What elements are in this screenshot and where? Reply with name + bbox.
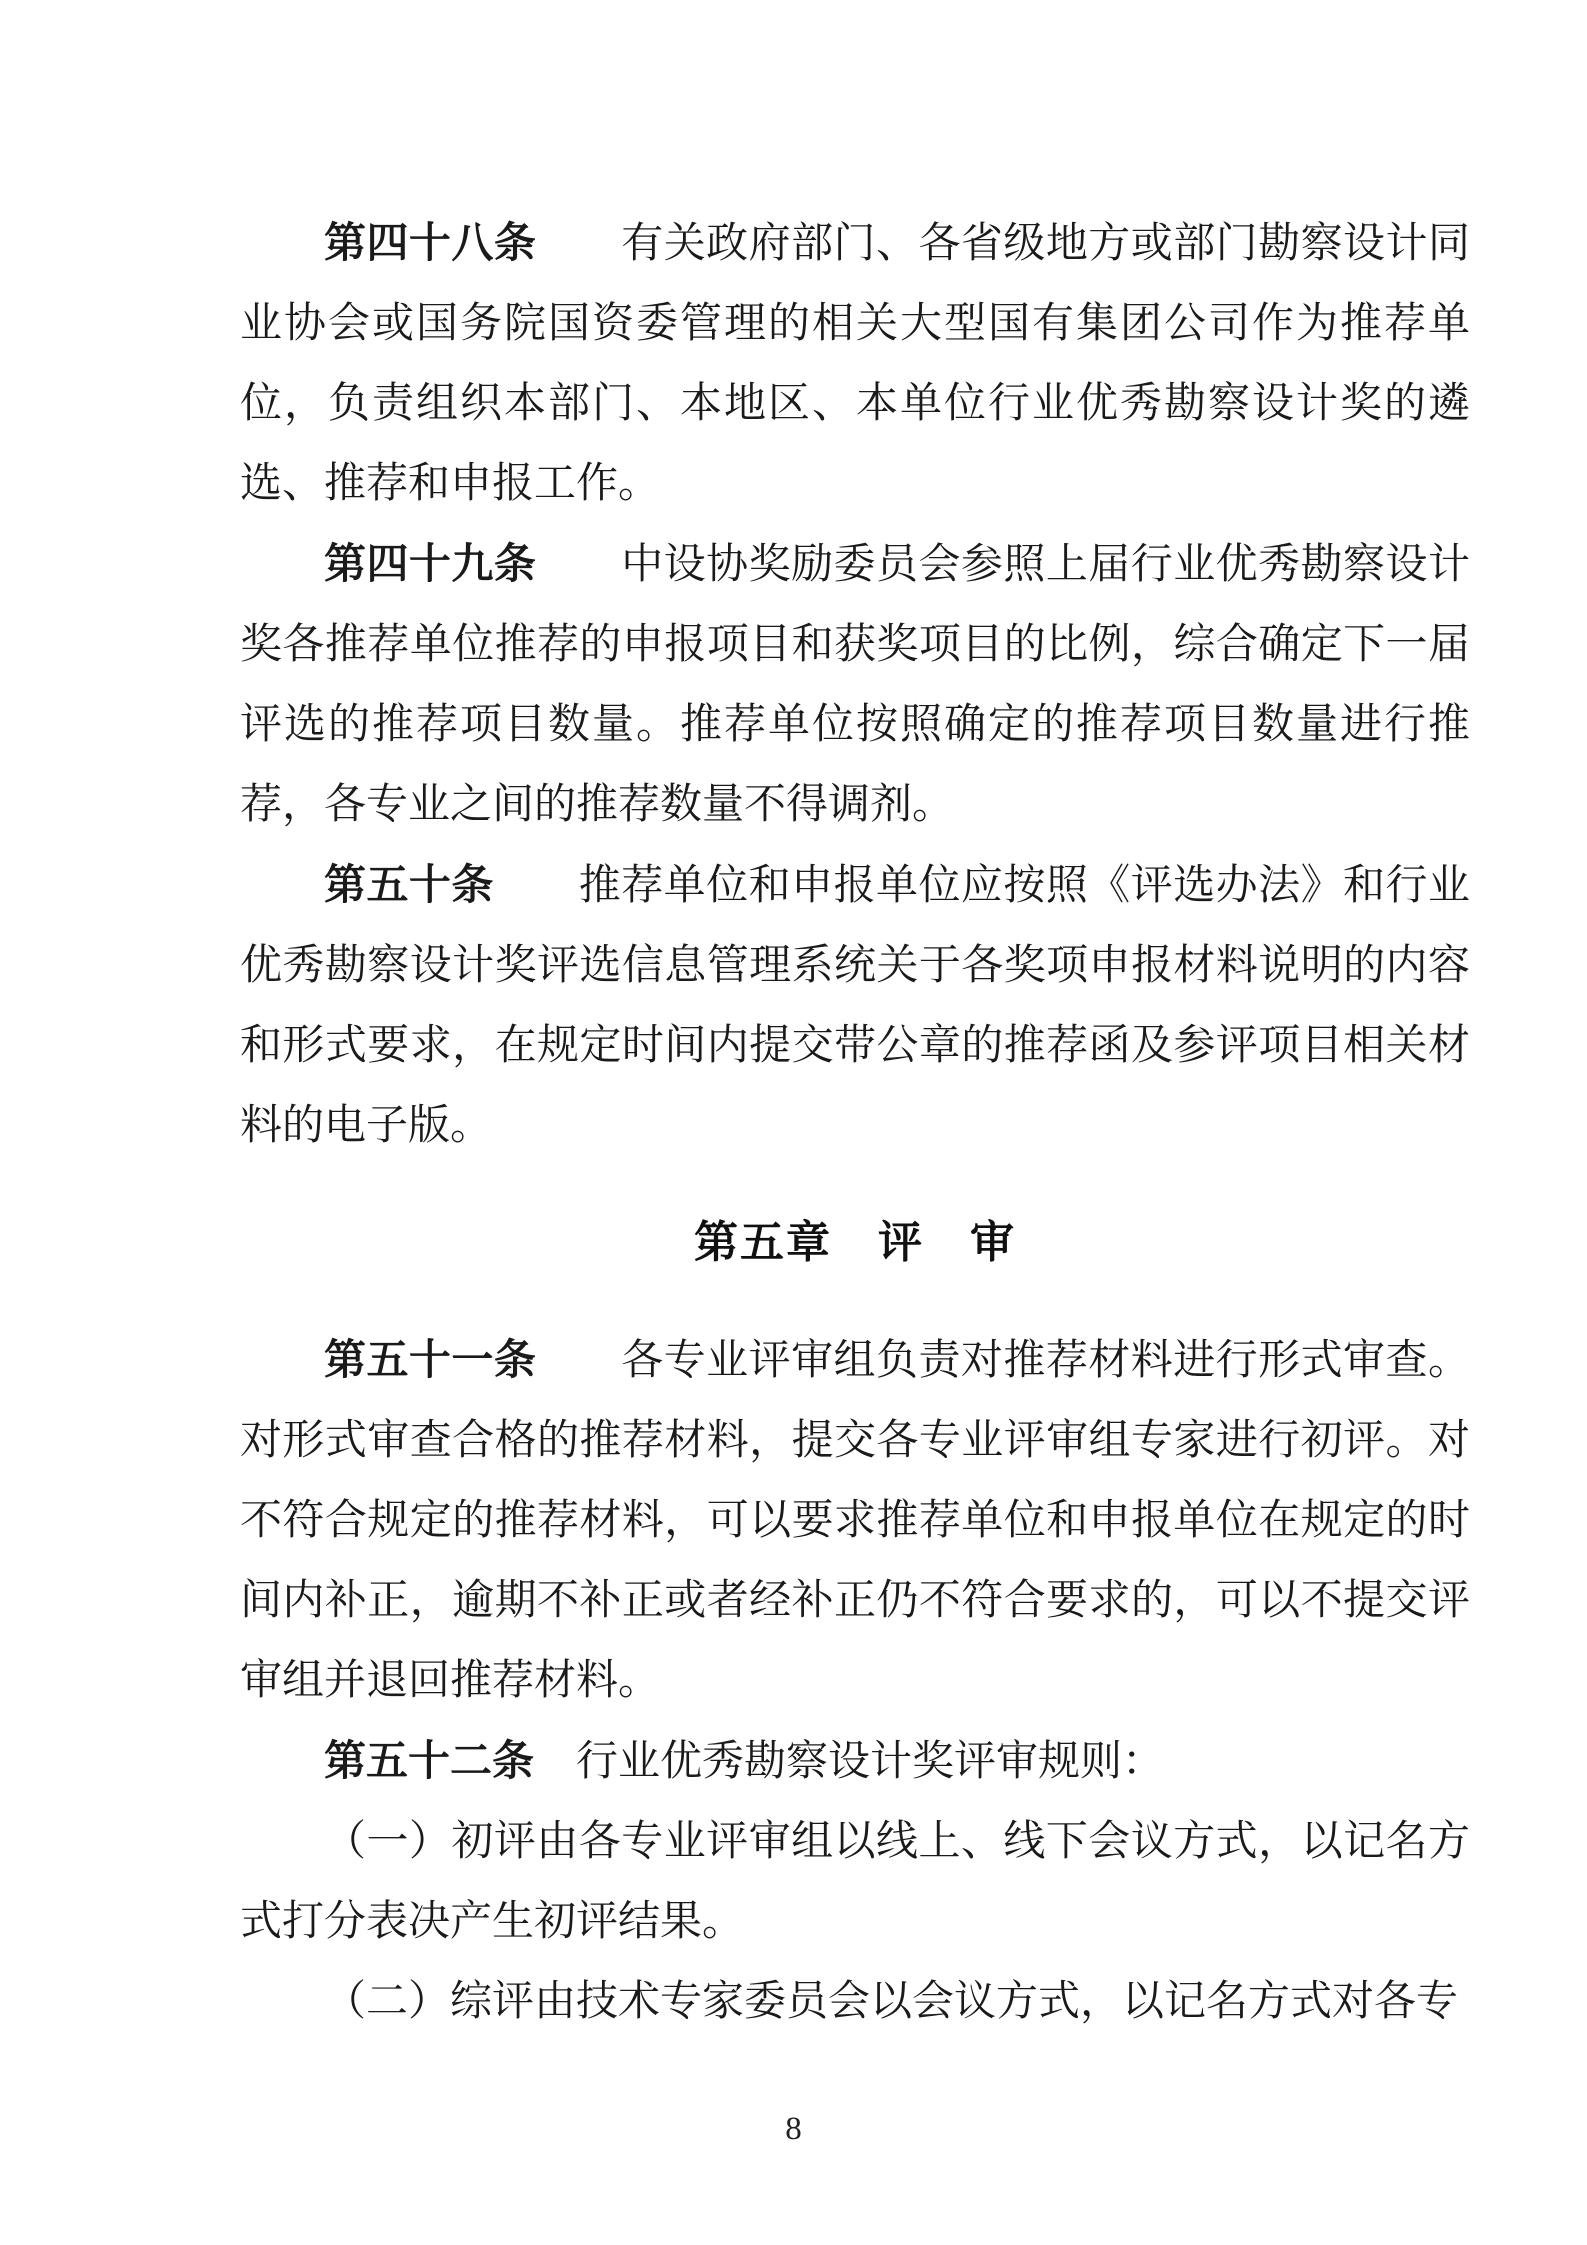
chapter-heading: 第五章 评 审 [240,1203,1470,1283]
document-page: 第四十八条 有关政府部门、各省级地方或部门勘察设计同业协会或国务院国资委管理的相… [0,0,1587,2245]
article-gap [536,221,621,267]
article-gap [536,1338,621,1384]
article-gap [494,863,579,909]
article-number: 第四十八条 [324,219,536,266]
article-paragraph: 第五十一条 各专业评审组负责对推荐材料进行形式审查。对形式审查合格的推荐材料，提… [240,1320,1470,1721]
document-body: 第四十八条 有关政府部门、各省级地方或部门勘察设计同业协会或国务院国资委管理的相… [240,203,1470,2042]
article-number: 第五十一条 [324,1336,536,1383]
article-text: 行业优秀勘察设计奖评审规则： [576,1739,1164,1785]
article-text: （二）综评由技术专家委员会以会议方式，以记名方式对各专 [324,1979,1458,2025]
article-paragraph: 第四十九条 中设协奖励委员会参照上届行业优秀勘察设计奖各推荐单位推荐的申报项目和… [240,524,1470,845]
article-paragraph: 第五十二条 行业优秀勘察设计奖评审规则： [240,1721,1470,1802]
article-paragraph: 第五十条 推荐单位和申报单位应按照《评选办法》和行业优秀勘察设计奖评选信息管理系… [240,845,1470,1166]
article-number: 第五十条 [324,861,494,908]
list-item-paragraph: （二）综评由技术专家委员会以会议方式，以记名方式对各专 [240,1962,1470,2042]
article-text: 各专业评审组负责对推荐材料进行形式审查。对形式审查合格的推荐材料，提交各专业评审… [240,1338,1470,1704]
article-gap [536,542,621,588]
article-number: 第四十九条 [324,540,536,587]
article-text: （一）初评由各专业评审组以线上、线下会议方式，以记名方式打分表决产生初评结果。 [240,1819,1470,1945]
list-item-paragraph: （一）初评由各专业评审组以线上、线下会议方式，以记名方式打分表决产生初评结果。 [240,1802,1470,1962]
article-number: 第五十二条 [324,1737,534,1784]
article-gap [534,1739,576,1785]
page-number: 8 [0,2104,1587,2154]
article-paragraph: 第四十八条 有关政府部门、各省级地方或部门勘察设计同业协会或国务院国资委管理的相… [240,203,1470,524]
